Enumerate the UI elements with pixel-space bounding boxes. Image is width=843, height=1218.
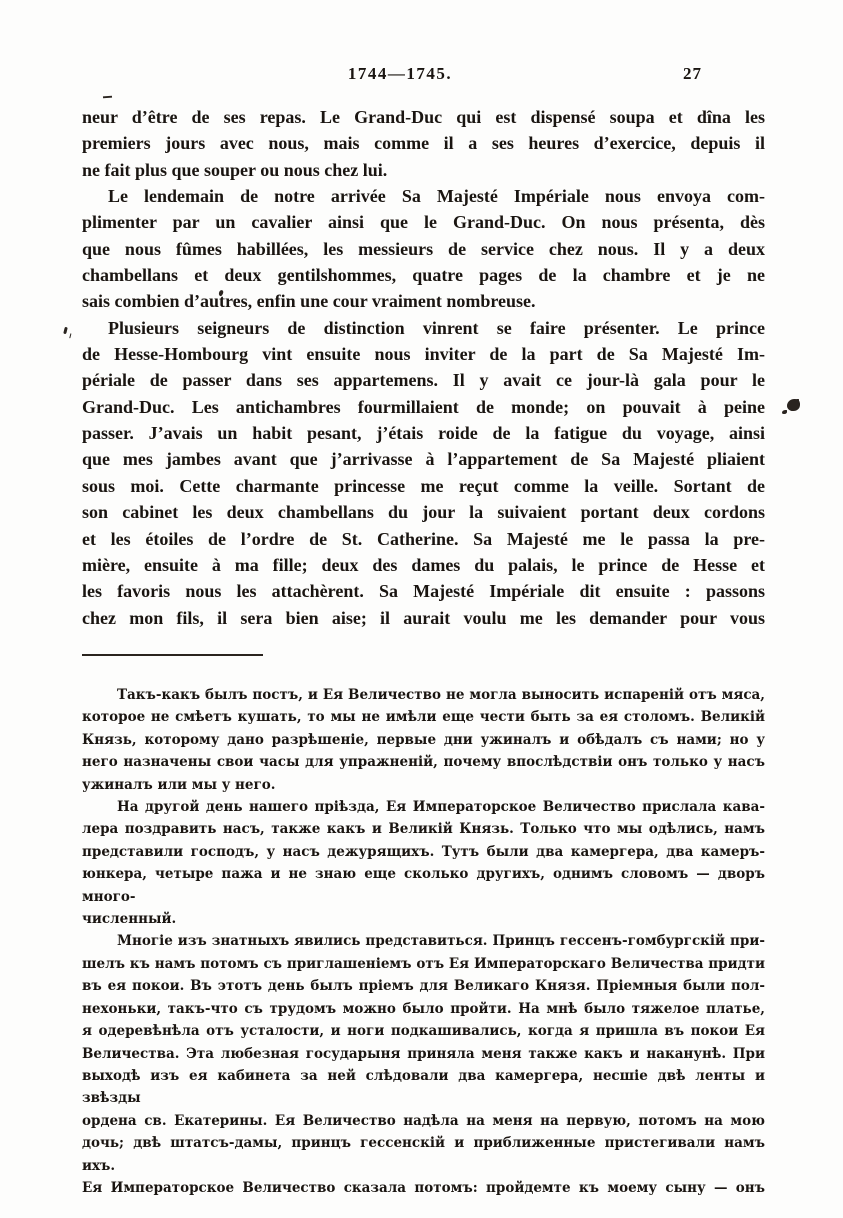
text-line: sais combien d’autres, enfin une cour vr…: [82, 288, 765, 314]
text-line: Le lendemain de notre arrivée Sa Majesté…: [82, 183, 765, 209]
text-line: premiers jours avec nous, mais comme il …: [82, 130, 765, 156]
text-line: chambellans et deux gentilshommes, quatr…: [82, 262, 765, 288]
text-line: son cabinet les deux chambellans du jour…: [82, 499, 765, 525]
text-line: въ ея покои. Въ этотъ день былъ пріемъ д…: [82, 975, 765, 997]
text-line: Grand-Duc. Les antichambres fourmillaien…: [82, 394, 765, 420]
text-line: de Hesse-Hombourg vint ensuite nous invi…: [82, 341, 765, 367]
text-line: ne fait plus que souper ou nous chez lui…: [82, 157, 765, 183]
text-line: et les étoiles de l’ordre de St. Catheri…: [82, 526, 765, 552]
text-line: les favoris nous les attachèrent. Sa Maj…: [82, 578, 765, 604]
text-line: Князь, которому дано разрѣшеніе, первые …: [82, 729, 765, 751]
text-line: que nous fûmes habillées, les messieurs …: [82, 236, 765, 262]
russian-footnote-block: Такъ-какъ былъ постъ, и Ея Величество не…: [82, 684, 765, 1199]
text-line: численный.: [82, 908, 765, 930]
text-line: Многіе изъ знатныхъ явились представитьс…: [82, 930, 765, 952]
text-line: mière, ensuite à ma fille; deux des dame…: [82, 552, 765, 578]
text-line: périale de passer dans ses appartemens. …: [82, 367, 765, 393]
text-line: passer. J’avais un habit pesant, j’étais…: [82, 420, 765, 446]
running-head-year-range: 1744—1745.: [338, 64, 462, 84]
text-line: юнкера, четыре пажа и не знаю еще скольк…: [82, 863, 765, 908]
text-line: Такъ-какъ былъ постъ, и Ея Величество не…: [82, 684, 765, 706]
book-page-scan: 1744—1745. 27 neur d’être de ses repas. …: [0, 0, 843, 1218]
text-line: которое не смѣетъ кушать, то мы не имѣли…: [82, 706, 765, 728]
text-line: neur d’être de ses repas. Le Grand-Duc q…: [82, 104, 765, 130]
text-line: chez mon fils, il sera bien aise; il aur…: [82, 605, 765, 631]
text-line: я одеревѣнѣла отъ усталости, и ноги подк…: [82, 1020, 765, 1042]
text-line: Ея Императорское Величество сказала пото…: [82, 1177, 765, 1199]
text-line: que mes jambes avant que j’arrivasse à l…: [82, 446, 765, 472]
text-line: нехоньки, такъ-что съ трудомъ можно было…: [82, 998, 765, 1020]
text-line: Величества. Эта любезная государыня прин…: [82, 1043, 765, 1065]
page-number: 27: [683, 64, 713, 84]
text-line: него назначены свои часы для упражненій,…: [82, 751, 765, 773]
text-line: дочь; двѣ штатсъ-дамы, принцъ гессенскій…: [82, 1132, 765, 1177]
text-line: выходѣ изъ ея кабинета за ней слѣдовали …: [82, 1065, 765, 1110]
text-line: шелъ къ намъ потомъ съ приглашеніемъ отъ…: [82, 953, 765, 975]
text-line: ордена св. Екатерины. Ея Величество надѣ…: [82, 1110, 765, 1132]
ink-dash-mark: [103, 96, 112, 99]
text-line: plimenter par un cavalier ainsi que le G…: [82, 209, 765, 235]
ink-blot: [787, 399, 800, 411]
text-line: На другой день нашего пріѣзда, Ея Импера…: [82, 796, 765, 818]
text-line: Plusieurs seigneurs de distinction vinre…: [82, 315, 765, 341]
french-text-block: neur d’être de ses repas. Le Grand-Duc q…: [82, 104, 765, 631]
text-line: ужиналъ или мы у него.: [82, 774, 765, 796]
text-line: лера поздравить насъ, также какъ и Велик…: [82, 818, 765, 840]
text-line: sous moi. Cette charmante princesse me r…: [82, 473, 765, 499]
text-line: представили господъ, у насъ дежурящихъ. …: [82, 841, 765, 863]
ink-smudge-margin: [63, 327, 68, 335]
footnote-separator-rule: [82, 654, 263, 656]
